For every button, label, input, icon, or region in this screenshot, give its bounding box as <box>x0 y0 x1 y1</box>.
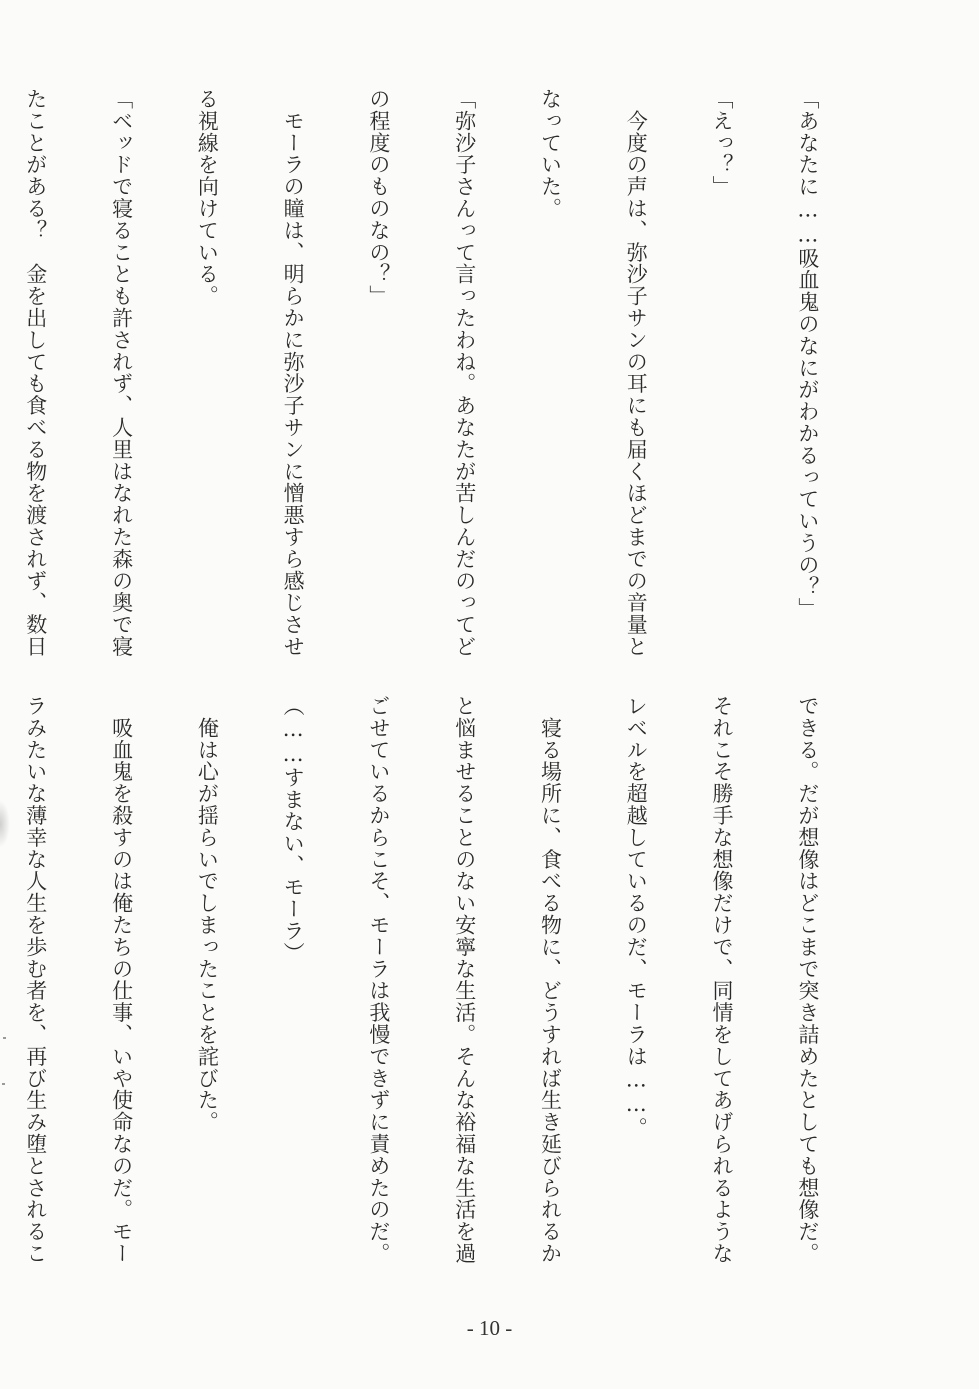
text-column: それこそ勝手な想像だけで、同情をしてあげられるような <box>707 695 736 1290</box>
lower-text-block: できる。だが想像はどこまで突き詰めたとしても想像だ。 それこそ勝手な想像だけで、… <box>114 695 879 1290</box>
text-column: できる。だが想像はどこまで突き詰めたとしても想像だ。 <box>793 695 822 1290</box>
text-column: 「弥沙子さんって言ったわね。あなたが苦しんだのってど <box>450 88 479 678</box>
text-column: ラみたいな薄幸な人生を歩む者を、再び生み堕とされるこ <box>21 695 50 1290</box>
text-column: 「えっ？」 <box>707 88 736 678</box>
book-page: 「あなたに……吸血鬼のなにがわかるっていうの？」 「えっ？」 今度の声は、弥沙子… <box>0 0 979 1389</box>
upper-text-block: 「あなたに……吸血鬼のなにがわかるっていうの？」 「えっ？」 今度の声は、弥沙子… <box>114 88 879 678</box>
text-column: 今度の声は、弥沙子サンの耳にも届くほどまでの音量と <box>622 88 651 678</box>
text-column: なっていた。 <box>536 88 565 678</box>
text-column: 吸血鬼を殺すのは俺たちの仕事、いや使命なのだ。モー <box>107 695 136 1290</box>
text-column: モーラの瞳は、明らかに弥沙子サンに憎悪すら感じさせ <box>279 88 308 678</box>
text-column: 寝る場所に、食べる物に、どうすれば生き延びられるか <box>536 695 565 1290</box>
text-column: レベルを超越しているのだ、モーラは……。 <box>622 695 651 1290</box>
text-column: ごせているからこそ、モーラは我慢できずに責めたのだ。 <box>364 695 393 1290</box>
text-column: る視線を向けている。 <box>193 88 222 678</box>
text-column: たことがある？ 金を出しても食べる物を渡されず、数日 <box>21 88 50 678</box>
text-column: 「あなたに……吸血鬼のなにがわかるっていうの？」 <box>793 88 822 678</box>
text-column: （……すまない、モーラ） <box>279 695 308 1290</box>
text-column: 「ベッドで寝ることも許されず、人里はなれた森の奥で寝 <box>107 88 136 678</box>
text-column: の程度のものなの？」 <box>364 88 393 678</box>
text-column: 俺は心が揺らいでしまったことを詫びた。 <box>193 695 222 1290</box>
page-number: - 10 - <box>0 1316 979 1341</box>
text-column: と悩ませることのない安寧な生活。そんな裕福な生活を過 <box>450 695 479 1290</box>
